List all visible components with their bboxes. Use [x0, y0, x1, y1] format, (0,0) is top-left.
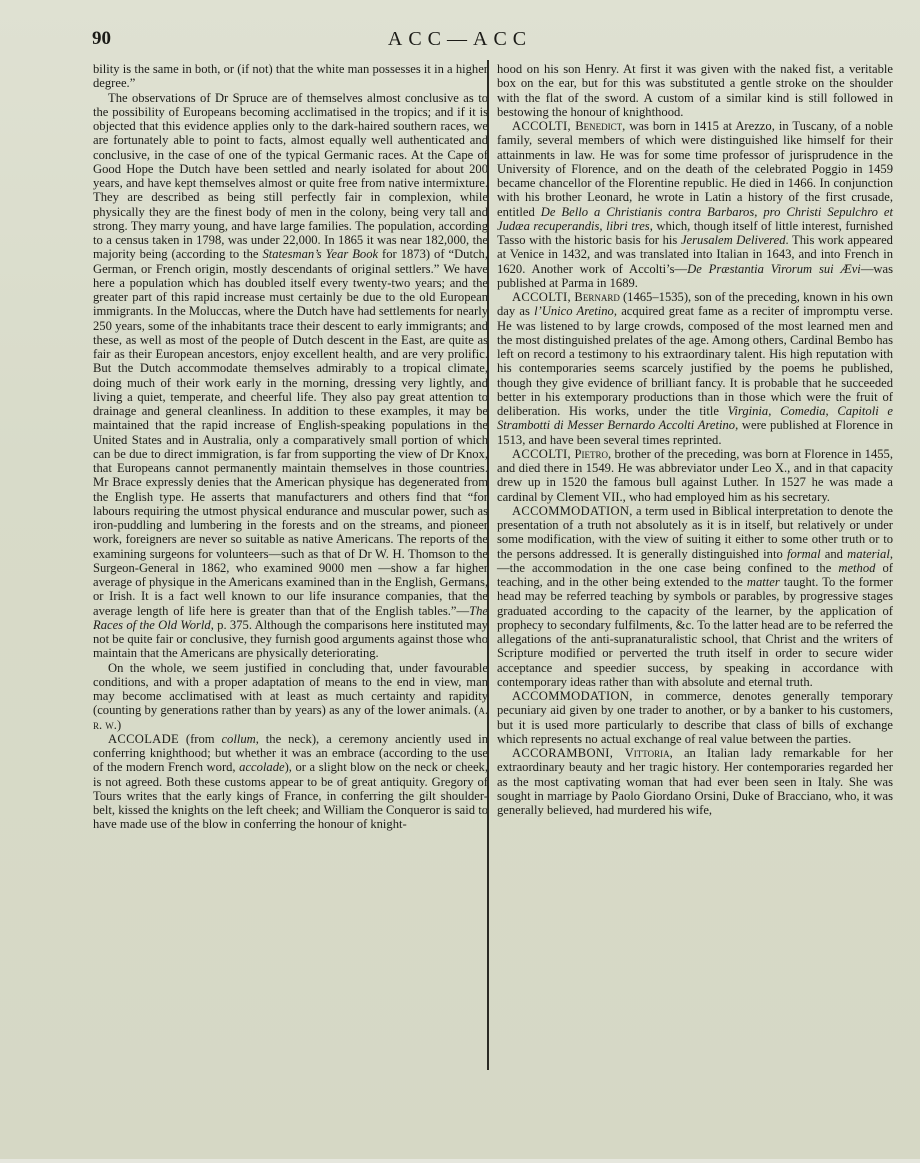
italic-text: De Præstantia Virorum sui Ævi: [687, 262, 861, 276]
headword: ACCOMMODATION: [512, 689, 629, 703]
headword: ACCOLTI,: [512, 447, 575, 461]
body-text: and: [821, 547, 848, 561]
encyclopedia-page: 90 ACC—ACC bility is the same in both, o…: [0, 0, 920, 1163]
article-paragraph: ACCORAMBONI, Vittoria, an Italian lady r…: [497, 746, 893, 817]
article-paragraph: ACCOLTI, Benedict, was born in 1415 at A…: [497, 119, 893, 290]
right-column: hood on his son Henry. At first it was g…: [497, 62, 893, 817]
italic-text: collum: [221, 732, 255, 746]
headword: ACCOLADE: [108, 732, 179, 746]
column-divider: [487, 60, 489, 1070]
italic-text: Jerusalem Delivered: [681, 233, 786, 247]
italic-text: method: [838, 561, 875, 575]
headword: ACCOLTI,: [512, 119, 575, 133]
article-paragraph: ACCOMMODATION, in commerce, denotes gene…: [497, 689, 893, 746]
body-text: bility is the same in both, or (if not) …: [93, 62, 488, 90]
body-text: for 1873) of “Dutch, German, or French o…: [93, 247, 488, 617]
article-paragraph: ACCOMMODATION, a term used in Biblical i…: [497, 504, 893, 689]
body-text: The observations of Dr Spruce are of the…: [93, 91, 488, 262]
article-paragraph: ACCOLADE (from collum, the neck), a cere…: [93, 732, 488, 832]
italic-text: formal: [787, 547, 821, 561]
paragraph-continuation: bility is the same in both, or (if not) …: [93, 62, 488, 91]
article-paragraph: On the whole, we seem justified in concl…: [93, 661, 488, 732]
body-text: On the whole, we seem justified in concl…: [93, 661, 488, 718]
article-paragraph: ACCOLTI, Bernard (1465–1535), son of the…: [497, 290, 893, 447]
italic-text: Statesman’s Year Book: [262, 247, 378, 261]
left-column: bility is the same in both, or (if not) …: [93, 62, 488, 832]
running-head: ACC—ACC: [92, 28, 828, 51]
body-text: , acquired great fame as a reciter of im…: [497, 304, 893, 418]
page-bottom-edge: [0, 1159, 920, 1163]
headword: ACCOLTI,: [512, 290, 574, 304]
body-text: (from: [179, 732, 221, 746]
italic-text: accolade: [239, 760, 284, 774]
page-header: 90 ACC—ACC: [92, 28, 828, 58]
small-caps-text: Bernard: [574, 290, 619, 304]
headword: ACCORAMBONI,: [512, 746, 625, 760]
headword: ACCOMMODATION: [512, 504, 629, 518]
small-caps-text: Pietro: [575, 447, 609, 461]
italic-text: l’Unico Aretino: [534, 304, 614, 318]
body-text: taught. To the former head may be referr…: [497, 575, 893, 689]
article-paragraph: The observations of Dr Spruce are of the…: [93, 91, 488, 661]
paragraph-continuation: hood on his son Henry. At first it was g…: [497, 62, 893, 119]
small-caps-text: Benedict: [575, 119, 622, 133]
article-paragraph: ACCOLTI, Pietro, brother of the precedin…: [497, 447, 893, 504]
small-caps-text: Vittoria: [625, 746, 670, 760]
italic-text: matter: [747, 575, 780, 589]
body-text: hood on his son Henry. At first it was g…: [497, 62, 893, 119]
italic-text: material: [847, 547, 890, 561]
